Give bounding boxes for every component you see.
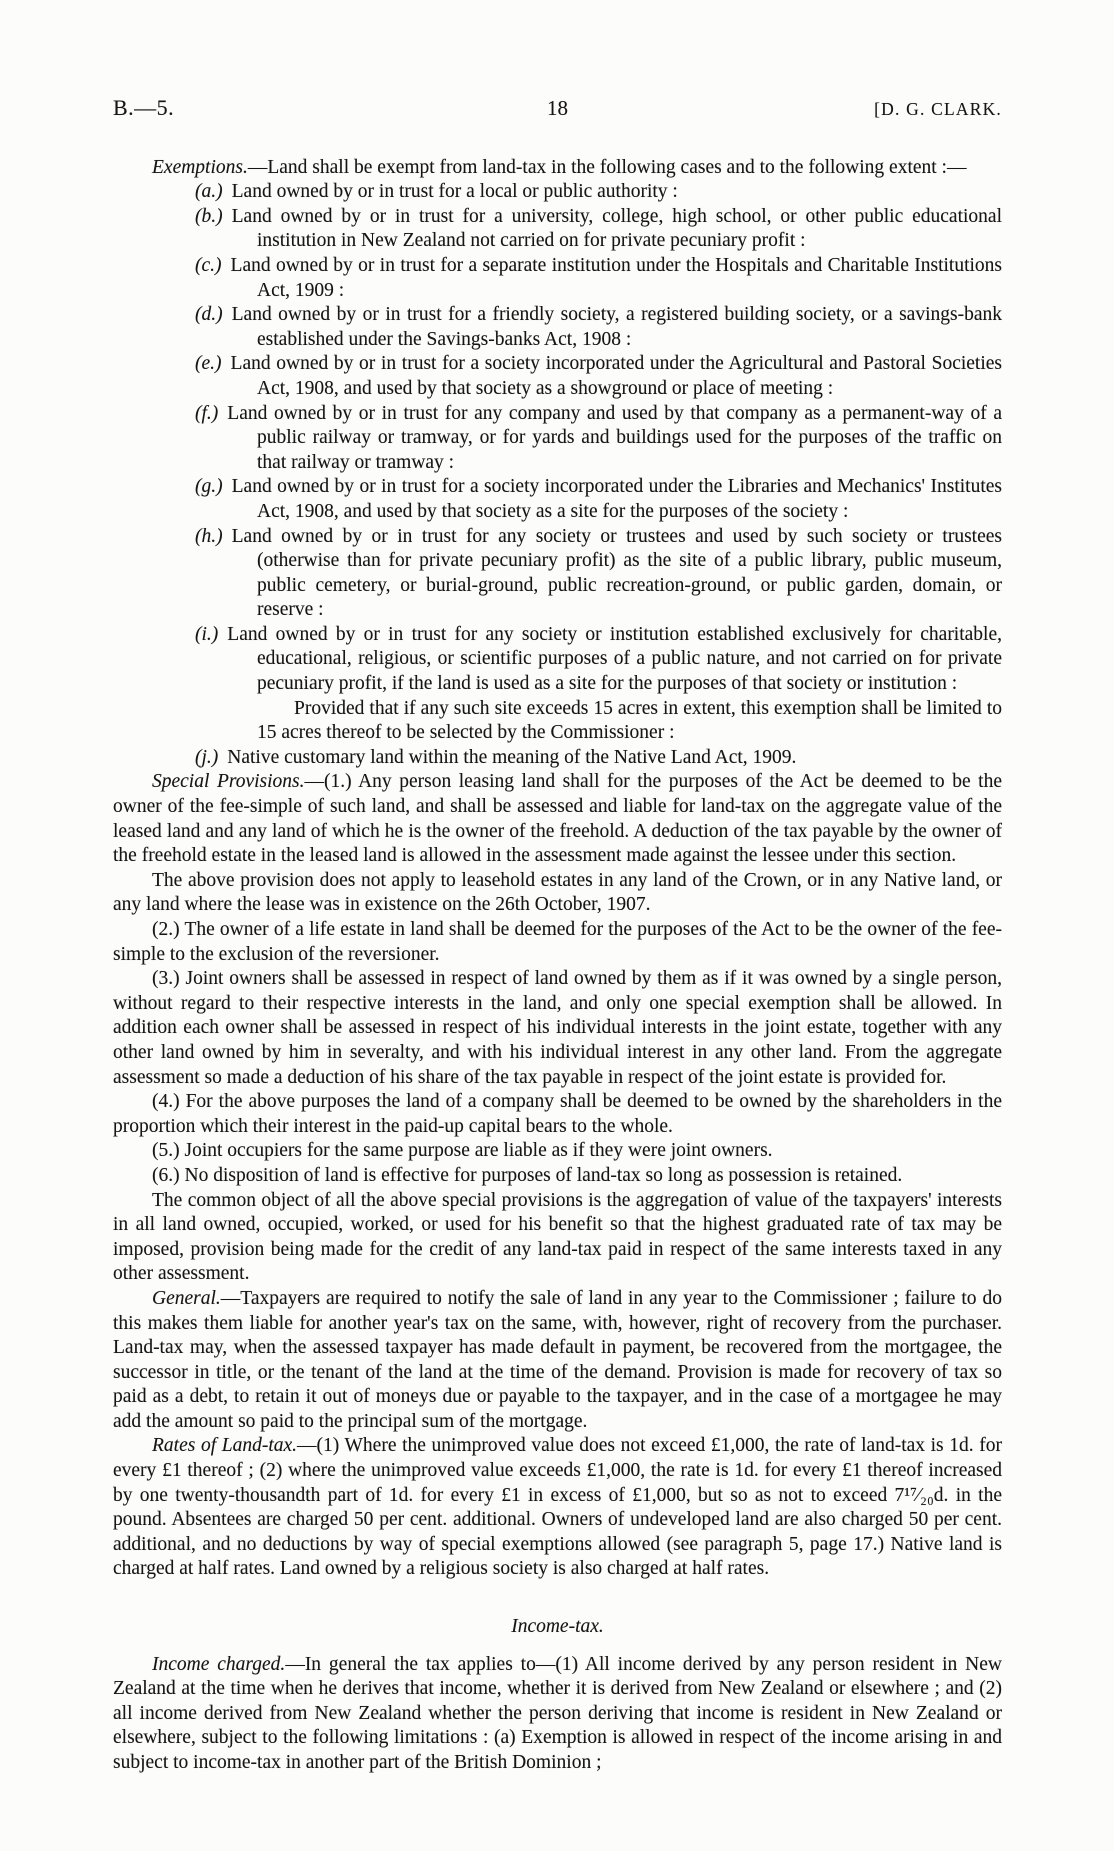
general-lead: General. — [152, 1288, 221, 1309]
item-marker: (d.) — [195, 304, 223, 325]
special-provisions-lead: Special Provisions. — [152, 771, 305, 792]
item-text: Land owned by or in trust for a society … — [232, 476, 1002, 522]
special-provisions-paragraph: (5.) Joint occupiers for the same purpos… — [113, 1139, 1002, 1164]
item-text: Land owned by or in trust for any societ… — [227, 624, 1002, 694]
exemption-item-g: (g.)Land owned by or in trust for a soci… — [113, 475, 1002, 524]
item-marker: (e.) — [195, 353, 222, 374]
scanned-document-page: B.—5. 18 [D. G. CLARK. Exemptions.—Land … — [0, 0, 1114, 1851]
income-tax-heading: Income-tax. — [113, 1615, 1002, 1640]
item-marker: (j.) — [195, 747, 218, 768]
rates-text: —(1) Where the unimproved value does not… — [113, 1435, 1002, 1579]
rates-paragraph: Rates of Land-tax.—(1) Where the unimpro… — [113, 1434, 1002, 1582]
item-text: Land owned by or in trust for a separate… — [231, 255, 1002, 301]
general-text: —Taxpayers are required to notify the sa… — [113, 1288, 1002, 1432]
item-marker: (b.) — [195, 206, 223, 227]
special-provisions-paragraph: (4.) For the above purposes the land of … — [113, 1090, 1002, 1139]
item-marker: (a.) — [195, 181, 223, 202]
general-paragraph: General.—Taxpayers are required to notif… — [113, 1287, 1002, 1435]
special-provisions-opening-paragraph: Special Provisions.—(1.) Any person leas… — [113, 770, 1002, 868]
exemption-item-i-proviso: Provided that if any such site exceeds 1… — [113, 697, 1002, 746]
item-marker: (h.) — [195, 526, 223, 547]
exemption-item-f: (f.)Land owned by or in trust for any co… — [113, 402, 1002, 476]
exemption-item-d: (d.)Land owned by or in trust for a frie… — [113, 303, 1002, 352]
item-marker: (f.) — [195, 403, 218, 424]
special-provisions-paragraph: (6.) No disposition of land is effective… — [113, 1164, 1002, 1189]
exemption-item-h: (h.)Land owned by or in trust for any so… — [113, 525, 1002, 623]
exemption-item-e: (e.)Land owned by or in trust for a soci… — [113, 352, 1002, 401]
income-charged-lead: Income charged. — [152, 1654, 285, 1675]
special-provisions-paragraph: (3.) Joint owners shall be assessed in r… — [113, 967, 1002, 1090]
item-text: Native customary land within the meaning… — [227, 747, 796, 768]
page-header: B.—5. 18 [D. G. CLARK. — [113, 96, 1002, 122]
item-text: Land owned by or in trust for a local or… — [232, 181, 678, 202]
exemption-item-a: (a.)Land owned by or in trust for a loca… — [113, 180, 1002, 205]
doc-ref: B.—5. — [113, 96, 409, 121]
item-marker: (c.) — [195, 255, 222, 276]
special-provisions-paragraph: The above provision does not apply to le… — [113, 869, 1002, 918]
item-text: Land owned by or in trust for any compan… — [227, 403, 1002, 473]
item-marker: (g.) — [195, 476, 223, 497]
exemptions-lead: Exemptions. — [152, 157, 248, 178]
income-charged-paragraph: Income charged.—In general the tax appli… — [113, 1653, 1002, 1776]
item-marker: (i.) — [195, 624, 218, 645]
exemption-item-c: (c.)Land owned by or in trust for a sepa… — [113, 254, 1002, 303]
rates-lead: Rates of Land-tax. — [152, 1435, 297, 1456]
special-provisions-paragraph: (2.) The owner of a life estate in land … — [113, 918, 1002, 967]
exemptions-intro-text: —Land shall be exempt from land-tax in t… — [248, 157, 967, 178]
item-text: Land owned by or in trust for a universi… — [232, 206, 1002, 252]
exemption-item-b: (b.)Land owned by or in trust for a univ… — [113, 205, 1002, 254]
exemption-item-i: (i.)Land owned by or in trust for any so… — [113, 623, 1002, 697]
exemptions-list: (a.)Land owned by or in trust for a loca… — [113, 180, 1002, 770]
exemption-item-j: (j.)Native customary land within the mea… — [113, 746, 1002, 771]
item-text: Land owned by or in trust for a society … — [231, 353, 1002, 399]
attribution: [D. G. CLARK. — [706, 97, 1002, 122]
item-text: Land owned by or in trust for any societ… — [232, 526, 1002, 621]
page-number: 18 — [409, 96, 705, 121]
item-text: Land owned by or in trust for a friendly… — [232, 304, 1002, 350]
special-provisions-paragraph: The common object of all the above speci… — [113, 1189, 1002, 1287]
exemptions-intro-paragraph: Exemptions.—Land shall be exempt from la… — [113, 156, 1002, 181]
